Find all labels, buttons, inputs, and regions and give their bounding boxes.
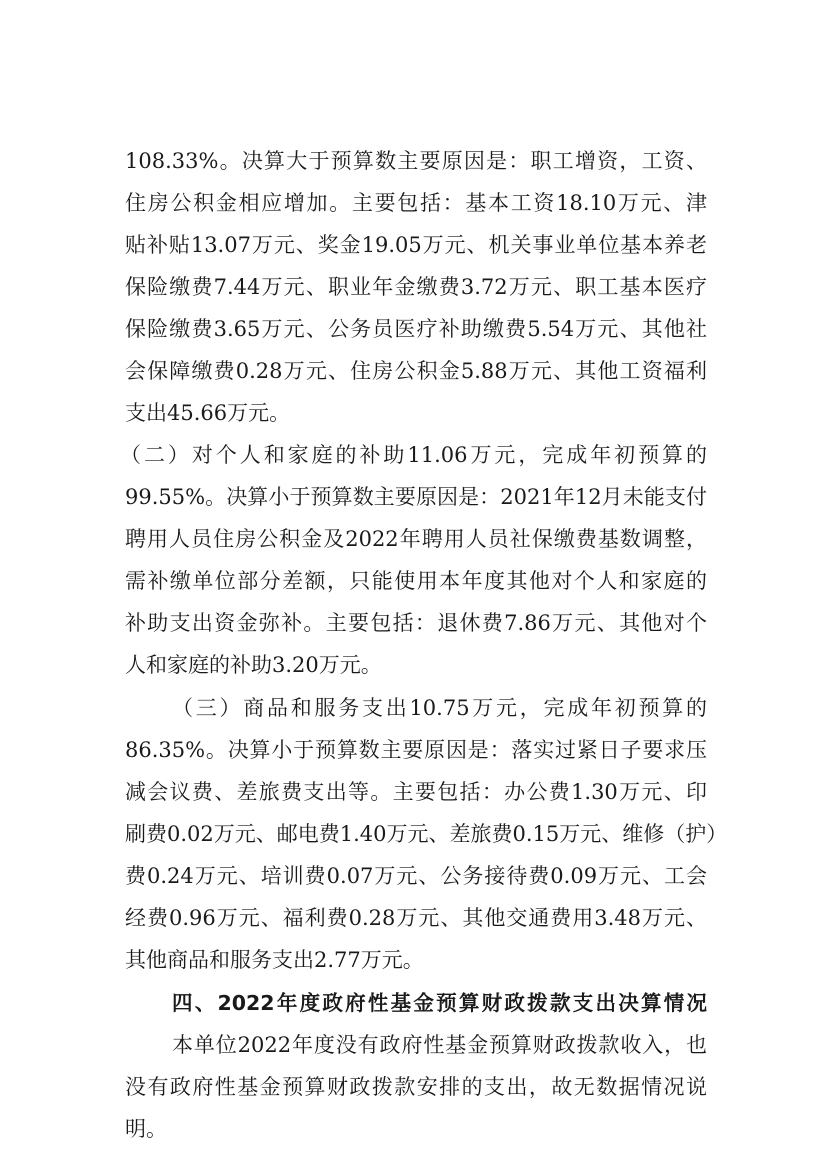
text-line: 保险缴费7.44万元、职业年金缴费3.72万元、职工基本医疗 [125, 272, 707, 302]
document-page: 108.33%。决算大于预算数主要原因是：职工增资，工资、 住房公积金相应增加。… [0, 0, 828, 1170]
text-line: 108.33%。决算大于预算数主要原因是：职工增资，工资、 [125, 146, 707, 176]
text-line: 没有政府性基金预算财政拨款安排的支出，故无数据情况说 [125, 1072, 707, 1102]
text-line: 经费0.96万元、福利费0.28万元、其他交通费用3.48万元、 [125, 903, 707, 933]
text-line: 支出45.66万元。 [125, 398, 707, 428]
text-line: （三）商品和服务支出10.75万元，完成年初预算的 [172, 693, 707, 723]
text-line: 减会议费、差旅费支出等。主要包括：办公费1.30万元、印 [125, 777, 707, 807]
text-line: （二）对个人和家庭的补助11.06万元，完成年初预算的 [120, 440, 707, 470]
text-line: 聘用人员住房公积金及2022年聘用人员社保缴费基数调整， [125, 524, 707, 554]
text-line: 明。 [125, 1114, 707, 1144]
text-line: 住房公积金相应增加。主要包括：基本工资18.10万元、津 [125, 188, 707, 218]
text-line: 补助支出资金弥补。主要包括：退休费7.86万元、其他对个 [125, 608, 707, 638]
section-heading: 四、2022年度政府性基金预算财政拨款支出决算情况 [172, 988, 707, 1018]
text-line: 保险缴费3.65万元、公务员医疗补助缴费5.54万元、其他社 [125, 314, 707, 344]
text-line: 人和家庭的补助3.20万元。 [125, 650, 707, 680]
text-line: 其他商品和服务支出2.77万元。 [125, 945, 707, 975]
text-line: 费0.24万元、培训费0.07万元、公务接待费0.09万元、工会 [125, 861, 707, 891]
text-line: 86.35%。决算小于预算数主要原因是：落实过紧日子要求压 [125, 735, 707, 765]
text-line: 本单位2022年度没有政府性基金预算财政拨款收入，也 [172, 1030, 707, 1060]
text-line: 贴补贴13.07万元、奖金19.05万元、机关事业单位基本养老 [125, 230, 707, 260]
text-line: 刷费0.02万元、邮电费1.40万元、差旅费0.15万元、维修（护） [125, 819, 707, 849]
text-line: 需补缴单位部分差额，只能使用本年度其他对个人和家庭的 [125, 566, 707, 596]
text-line: 会保障缴费0.28万元、住房公积金5.88万元、其他工资福利 [125, 356, 707, 386]
text-line: 99.55%。决算小于预算数主要原因是：2021年12月未能支付 [125, 482, 707, 512]
